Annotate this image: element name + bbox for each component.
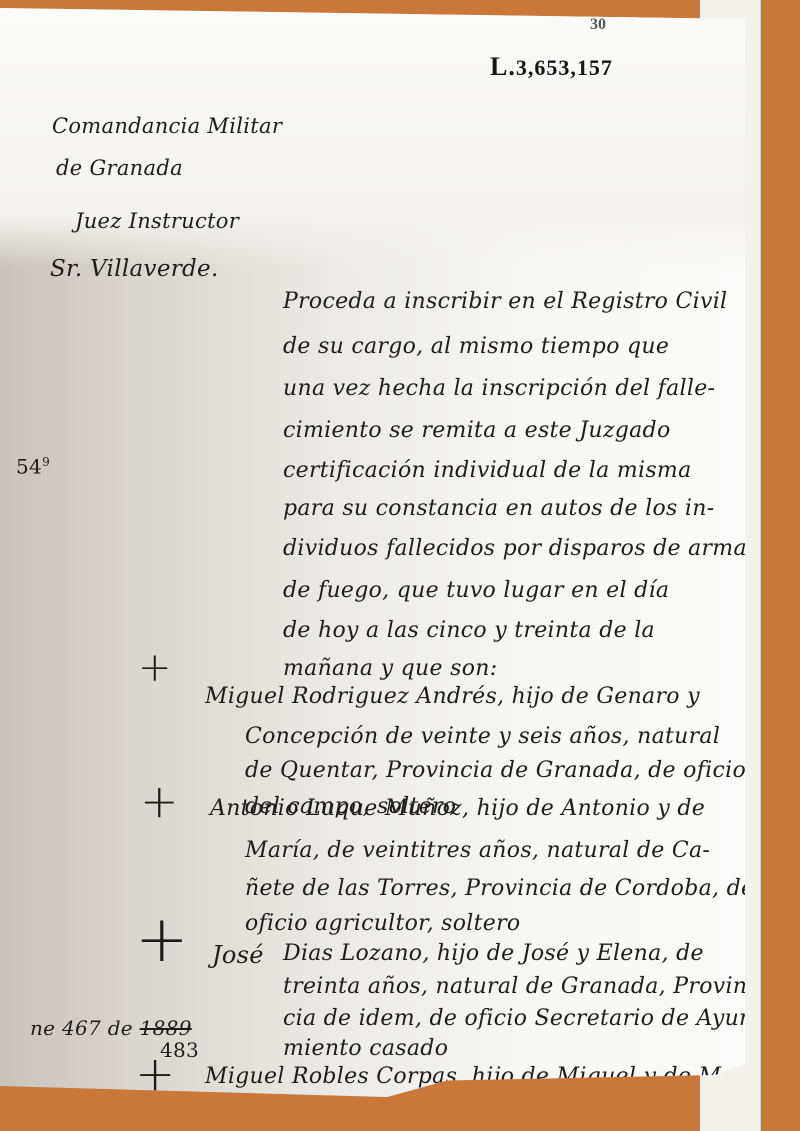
entry-1-line-3: de Quentar, Provincia de Granada, de ofi… <box>245 760 746 782</box>
body-line-4: cimiento se remita a este Juzgado <box>283 420 671 442</box>
header-line-3: Juez Instructor <box>75 211 239 232</box>
body-line-8: de fuego, que tuvo lugar en el día <box>283 580 669 602</box>
folio-number: 549 <box>16 456 50 477</box>
entry-3-prefix: José <box>212 943 264 967</box>
header-line-4: Sr. Villaverde. <box>50 258 219 281</box>
body-line-3: una vez hecha la inscripción del falle- <box>283 378 715 400</box>
body-line-10: mañana y que son: <box>283 658 497 680</box>
entry-2-line-4: oficio agricultor, soltero <box>245 913 520 935</box>
entry-2-line-3: ñete de las Torres, Provincia de Cordoba… <box>245 878 754 900</box>
cross-mark-icon: + <box>135 908 189 972</box>
margin-note-line-1: ne 467 de 1889 <box>30 1018 192 1038</box>
entry-2-line-1: Antonio Luque Muñoz, hijo de Antonio y d… <box>210 798 705 820</box>
cross-mark-icon: + <box>135 1050 175 1098</box>
entry-1-line-1: Miguel Rodriguez Andrés, hijo de Genaro … <box>205 686 700 708</box>
entry-3-line-1: Dias Lozano, hijo de José y Elena, de <box>283 943 704 965</box>
body-line-1: Proceda a inscribir en el Registro Civil <box>283 291 727 313</box>
body-line-2: de su cargo, al mismo tiempo que <box>283 336 669 358</box>
entry-1-line-2: Concepción de veinte y seis años, natura… <box>245 726 720 748</box>
entry-3-line-2: treinta años, natural de Granada, Provin… <box>283 976 755 998</box>
document-page: 30 L.3,653,157 Comandancia Militar de Gr… <box>0 8 745 1108</box>
body-line-6: para su constancia en autos de los in- <box>283 498 714 520</box>
entry-3-line-3: cia de idem, de oficio Secretario de Ayu… <box>283 1008 784 1030</box>
body-line-7: dividuos fallecidos por disparos de arma <box>283 538 747 560</box>
cross-mark-icon: + <box>140 778 179 824</box>
struck-number: 1889 <box>140 1016 192 1040</box>
partial-top-number: 30 <box>590 16 606 34</box>
registry-stamp: L.3,653,157 <box>490 52 613 82</box>
body-line-9: de hoy a las cinco y treinta de la <box>283 620 655 642</box>
header-line-1: Comandancia Militar <box>52 116 282 137</box>
cross-mark-icon: + <box>138 648 172 688</box>
entry-2-line-2: María, de veintitres años, natural de Ca… <box>245 840 710 862</box>
body-line-5: certificación individual de la misma <box>283 460 692 482</box>
stamp-number: 3,653,157 <box>516 55 613 80</box>
stamp-prefix: L. <box>490 52 516 81</box>
header-line-2: de Granada <box>56 158 183 179</box>
entry-3-line-4: miento casado <box>283 1038 448 1060</box>
